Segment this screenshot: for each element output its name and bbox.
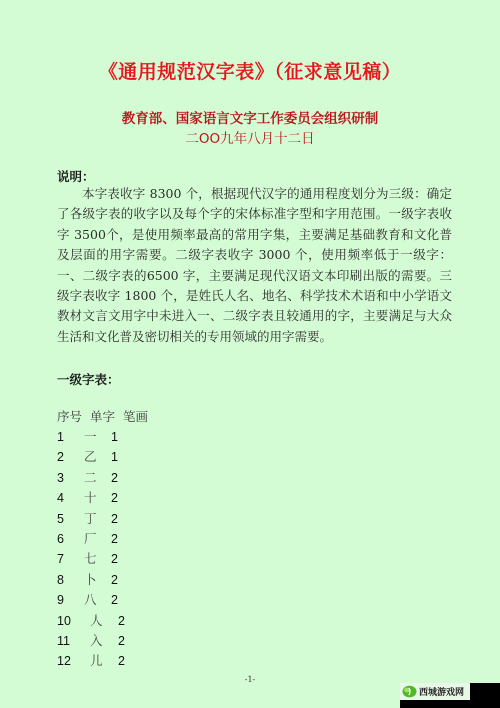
column-header-char: 单字	[90, 409, 115, 424]
watermark-panel: 西城游戏网	[400, 683, 470, 700]
table-row: 11 入 2	[57, 631, 152, 651]
document-date: 二OO九年八月十二日	[0, 127, 500, 147]
row-index: 4	[57, 488, 64, 508]
row-index: 12	[57, 651, 71, 671]
table-header: 序号 单字 笔画	[57, 406, 152, 427]
column-header-index: 序号	[57, 409, 82, 424]
row-char: 八	[84, 590, 97, 610]
table-row: 9 八 2	[57, 590, 152, 610]
row-strokes: 2	[118, 611, 125, 631]
row-index: 7	[57, 549, 64, 569]
row-char: 二	[84, 468, 97, 488]
table-row: 4 十 2	[57, 488, 152, 508]
row-strokes: 2	[118, 651, 125, 671]
table-row: 3 二 2	[57, 468, 152, 488]
table-row: 10 人 2	[57, 611, 152, 631]
row-strokes: 2	[111, 468, 118, 488]
level1-heading: 一级字表：	[57, 370, 120, 388]
row-strokes: 1	[111, 447, 118, 467]
table-row: 7 七 2	[57, 549, 152, 569]
document-title: 《通用规范汉字表》（征求意见稿）	[0, 57, 500, 84]
watermark-text: 西城游戏网	[419, 685, 464, 698]
row-char: 卜	[84, 570, 97, 590]
row-char: 乙	[84, 447, 97, 467]
row-char: 十	[84, 488, 97, 508]
row-strokes: 1	[111, 427, 118, 447]
row-char: 入	[90, 631, 103, 651]
intro-heading: 说明：	[57, 167, 95, 185]
table-row: 12 儿 2	[57, 651, 152, 671]
row-strokes: 2	[111, 590, 118, 610]
issuer-line: 教育部、国家语言文字工作委员会组织研制	[0, 107, 500, 127]
row-strokes: 2	[111, 570, 118, 590]
row-strokes: 2	[111, 529, 118, 549]
table-row: 2 乙 1	[57, 447, 152, 467]
row-index: 9	[57, 590, 64, 610]
table-row: 5 丁 2	[57, 509, 152, 529]
row-char: 丁	[84, 509, 97, 529]
row-strokes: 2	[111, 488, 118, 508]
table-row: 8 卜 2	[57, 570, 152, 590]
intro-paragraph: 本字表收字 8300 个，根据现代汉字的通用程度划分为三级：确定了各级字表的收字…	[57, 184, 452, 347]
row-index: 5	[57, 509, 64, 529]
row-char: 儿	[90, 651, 103, 671]
row-char: 厂	[84, 529, 97, 549]
row-char: 一	[84, 427, 97, 447]
leaf-logo-icon	[402, 685, 417, 698]
black-strip	[400, 700, 500, 708]
row-index: 1	[57, 427, 64, 447]
row-strokes: 2	[111, 509, 118, 529]
row-strokes: 2	[111, 549, 118, 569]
column-header-strokes: 笔画	[123, 409, 148, 424]
row-char: 人	[90, 611, 103, 631]
table-row: 1 一 1	[57, 427, 152, 447]
character-table: 序号 单字 笔画 1 一 1 2 乙 1 3 二 2 4 十 2 5 丁 2 6…	[57, 406, 152, 672]
row-index: 11	[57, 631, 70, 651]
row-index: 8	[57, 570, 64, 590]
row-char: 七	[84, 549, 97, 569]
table-row: 6 厂 2	[57, 529, 152, 549]
intro-line: 专用领域的用字需要。	[207, 329, 332, 344]
watermark: 西城游戏网	[400, 683, 500, 708]
row-index: 6	[57, 529, 64, 549]
row-index: 3	[57, 468, 64, 488]
row-index: 2	[57, 447, 64, 467]
row-strokes: 2	[118, 631, 125, 651]
row-index: 10	[57, 611, 71, 631]
